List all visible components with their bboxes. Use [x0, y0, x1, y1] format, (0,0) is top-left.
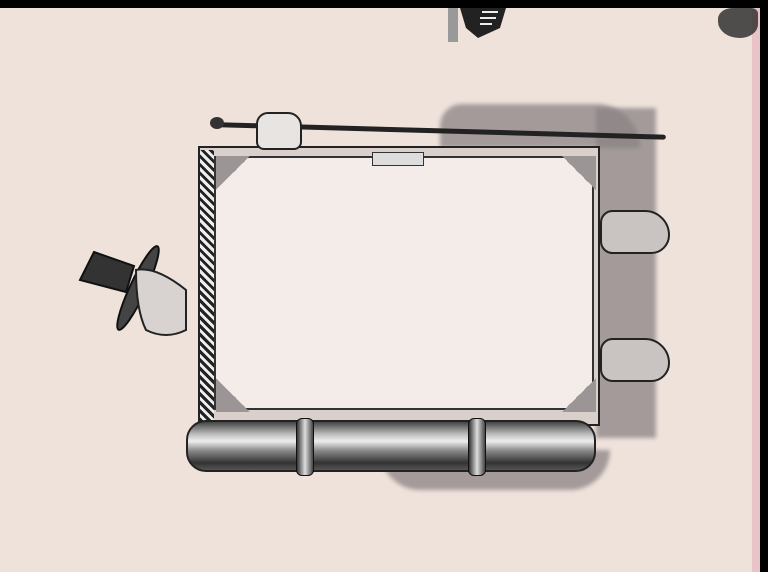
roll-band-right [468, 418, 486, 476]
ornamental-plate [372, 152, 424, 166]
cane-knob [210, 117, 224, 129]
paper-edge [752, 8, 760, 572]
frame-corner-bottom-left [216, 378, 250, 412]
gloved-hand-holding-cane [256, 112, 302, 150]
rope-border [200, 150, 214, 430]
frame-corner-top-left [216, 156, 250, 190]
blank-frame [198, 146, 600, 426]
frame-corner-top-right [562, 156, 596, 190]
engraving-fragment-top [448, 8, 506, 42]
frame-corner-bottom-right [562, 378, 596, 412]
hand-right-upper [600, 210, 670, 254]
scroll-roll [186, 420, 596, 472]
frame-interior [214, 156, 594, 410]
shadow-right [596, 108, 656, 438]
hand-right-lower [600, 338, 670, 382]
engraving-fragment-corner [718, 8, 758, 38]
hand-with-top-hat [76, 230, 196, 360]
roll-band-left [296, 418, 314, 476]
